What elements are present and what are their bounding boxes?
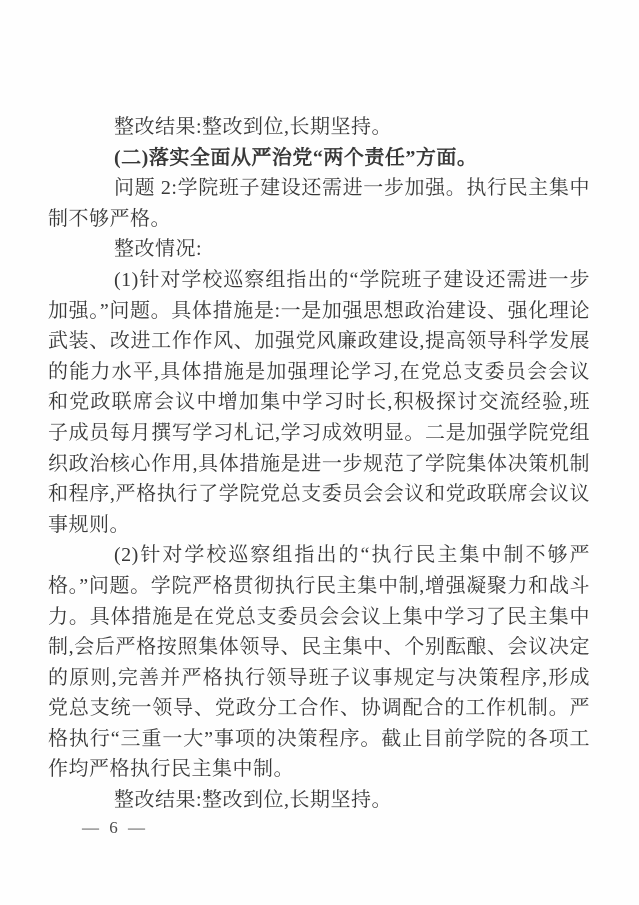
paragraph-problem-statement: 问题 2:学院班子建设还需进一步加强。执行民主集中制不够严格。 <box>48 173 590 234</box>
page-number: — 6 — <box>82 818 148 838</box>
paragraph-remediation-measure-2: (2)针对学校巡察组指出的“执行民主集中制不够严格。”问题。学院严格贯彻执行民主… <box>48 540 590 785</box>
section-heading: (二)落实全面从严治党“两个责任”方面。 <box>48 143 590 174</box>
paragraph-remediation-result-1: 整改结果:整改到位,长期坚持。 <box>48 112 590 143</box>
paragraph-remediation-measure-1: (1)针对学校巡察组指出的“学院班子建设还需进一步加强。”问题。具体措施是:一是… <box>48 265 590 540</box>
document-body: 整改结果:整改到位,长期坚持。 (二)落实全面从严治党“两个责任”方面。 问题 … <box>48 112 590 816</box>
document-page: 整改结果:整改到位,长期坚持。 (二)落实全面从严治党“两个责任”方面。 问题 … <box>0 0 639 905</box>
paragraph-remediation-result-2: 整改结果:整改到位,长期坚持。 <box>48 785 590 816</box>
paragraph-remediation-status-label: 整改情况: <box>48 234 590 265</box>
